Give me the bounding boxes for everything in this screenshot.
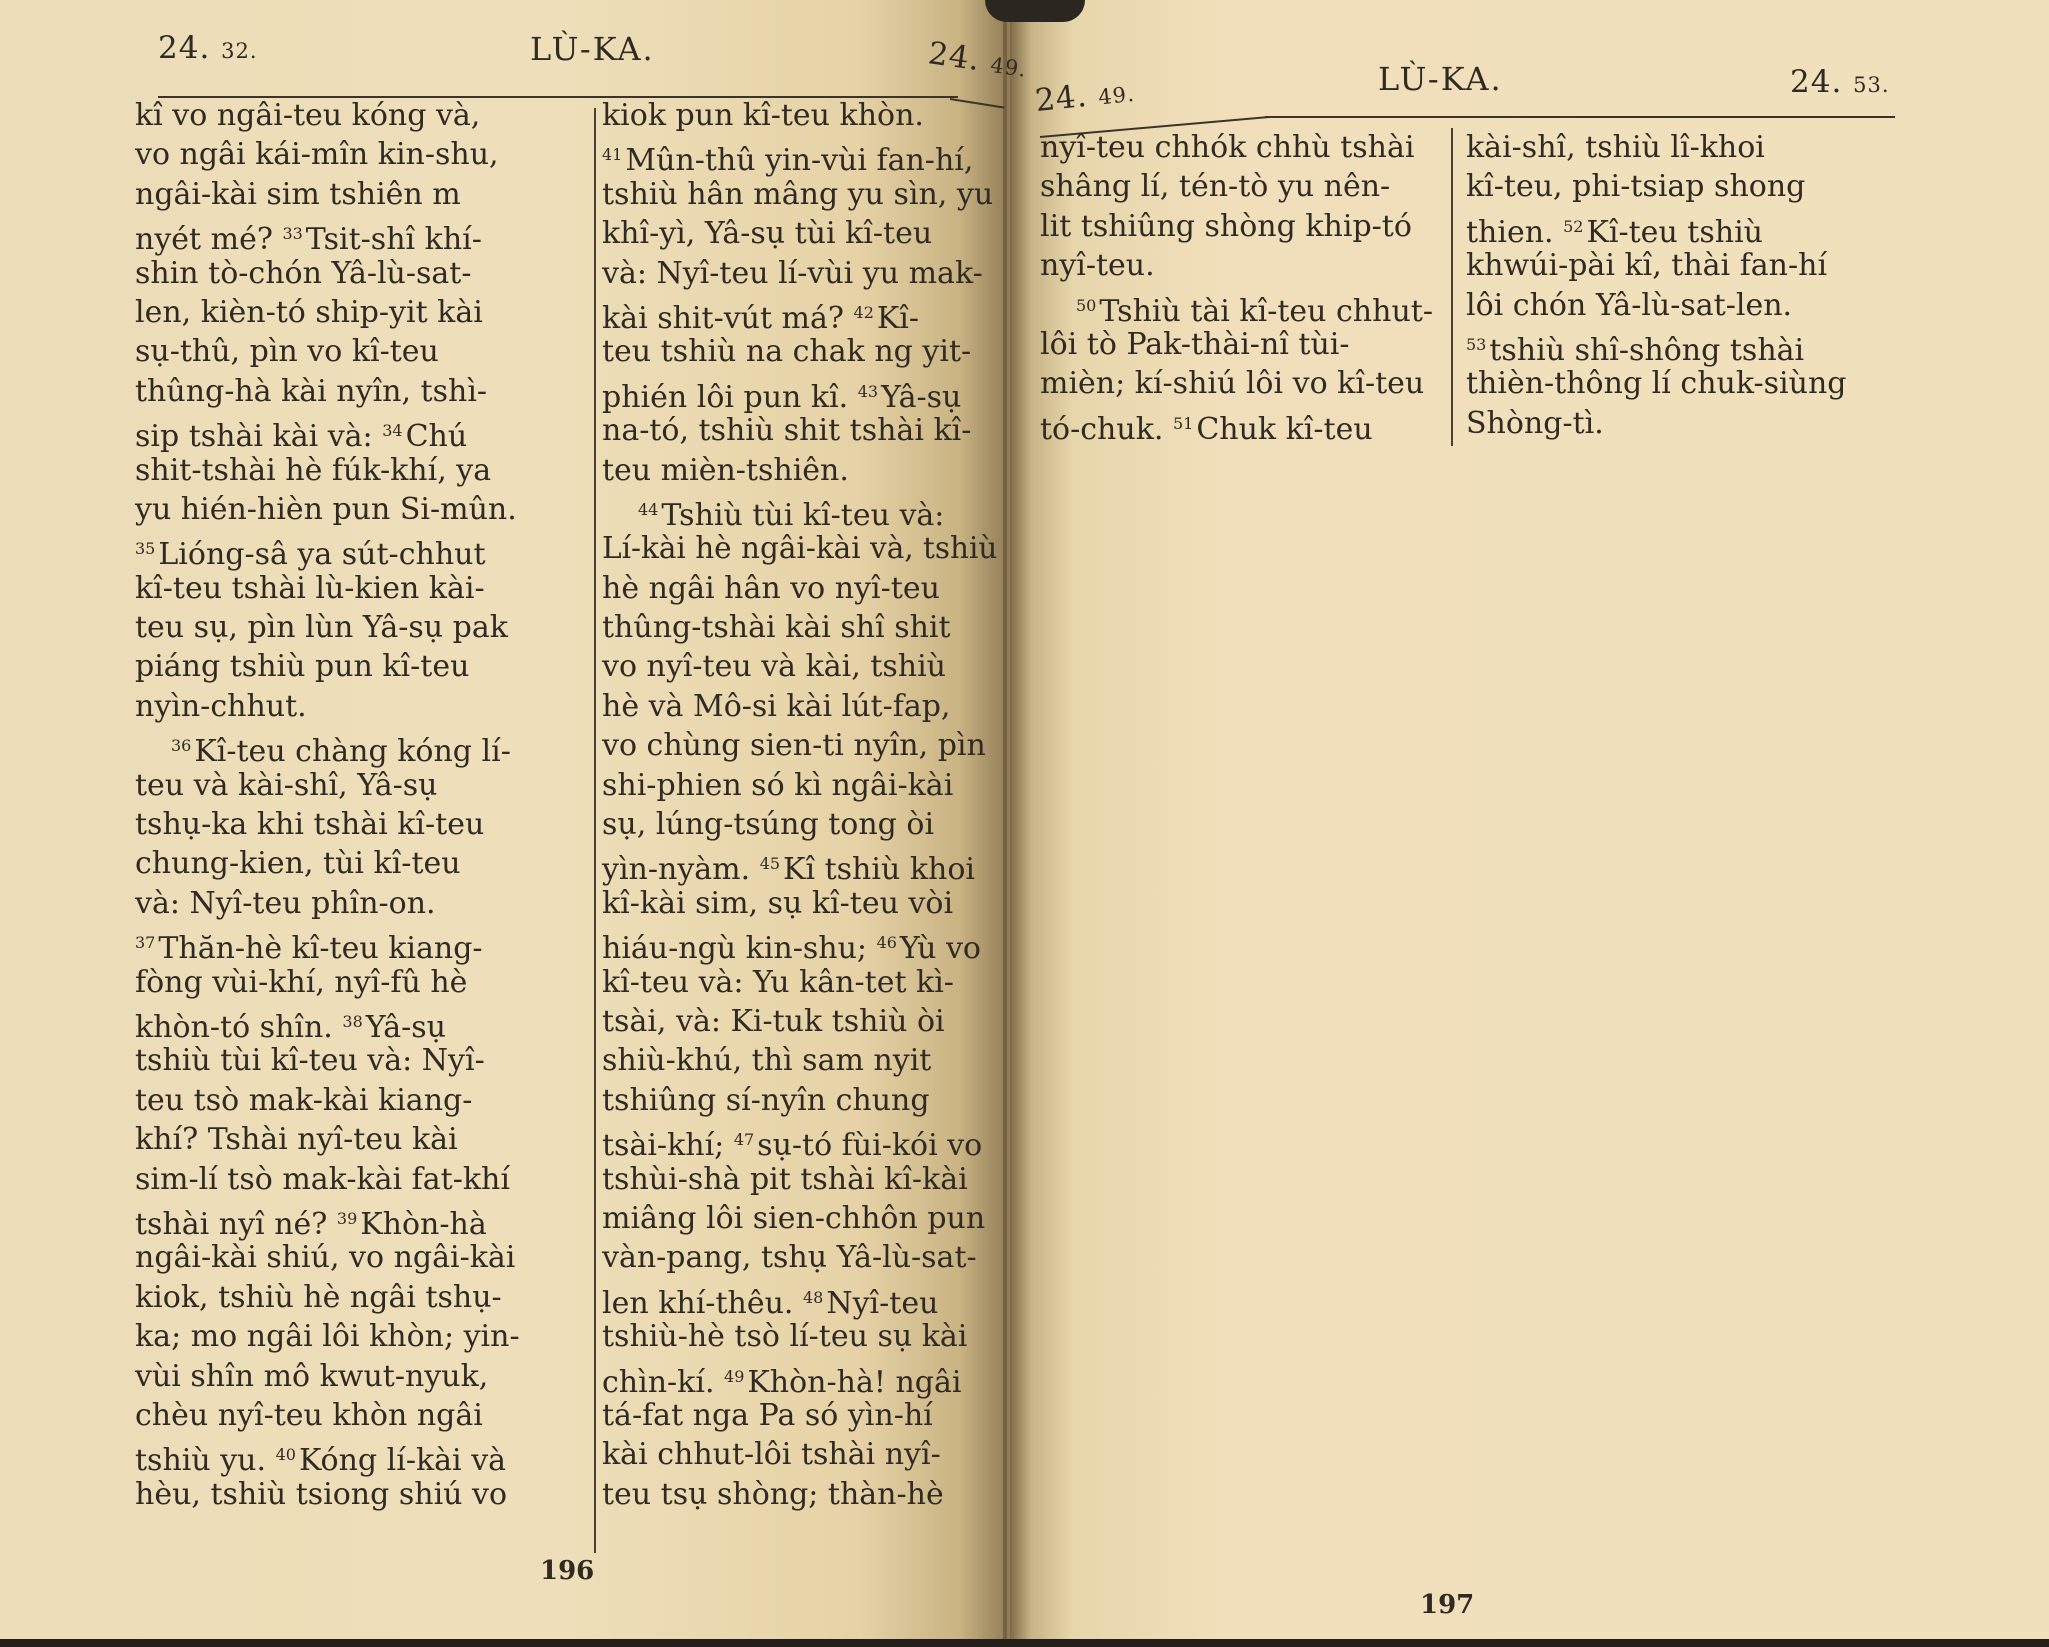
line-text: vo nyî-teu và kài, tshiù — [602, 649, 946, 684]
text-line: hiáu-ngù kin-shu; 46Yù vo — [602, 923, 997, 962]
text-line: kî-kài sim, sụ kî-teu vòi — [602, 884, 997, 923]
line-text: thien. — [1466, 215, 1563, 250]
text-line: yìn-nyàm. 45Kî tshiù khoi — [602, 844, 997, 883]
line-text: lôi tò Pak-thài-nî tùi- — [1040, 327, 1350, 362]
line-text: len, kièn-tó ship-yit kài — [135, 295, 483, 330]
line-text: tá-fat nga Pa só yìn-hí — [602, 1398, 933, 1433]
text-line: phién lôi pun kî. 43Yâ-sụ — [602, 372, 997, 411]
text-line: kiok pun kî-teu khòn. — [602, 96, 997, 135]
line-text: vùi shîn mô kwut-nyuk, — [135, 1359, 488, 1394]
text-line: teu tshiù na chak ng yit- — [602, 332, 997, 371]
text-line: kî-teu tshài lù-kien kài- — [135, 569, 567, 608]
text-line: sip tshài kài và: 34Chú — [135, 411, 567, 450]
line-text: chèu nyî-teu khòn ngâi — [135, 1398, 483, 1433]
verse-number: 49 — [724, 1367, 744, 1386]
verse-number: 53 — [1466, 335, 1486, 354]
line-text: hè và Mô-si kài lút-fap, — [602, 689, 950, 724]
line-text: Yù vo — [900, 931, 981, 966]
chapter-number: 24. — [1033, 78, 1089, 119]
text-line: sụ, lúng-tsúng tong òi — [602, 805, 997, 844]
line-text: tshiù shî-shông tshài — [1489, 333, 1804, 368]
text-line: miâng lôi sien-chhôn pun — [602, 1199, 997, 1238]
line-text: Lí-kài hè ngâi-kài và, tshiù — [602, 531, 997, 566]
verse-number: 45 — [760, 854, 780, 873]
text-line: thûng-tshài kài shî shit — [602, 608, 997, 647]
line-text: tshiù tùi kî-teu và: Nyî- — [135, 1043, 485, 1078]
right-page-column-1: nyî-teu chhók chhù tshàishâng lí, tén-tò… — [1040, 128, 1435, 443]
line-text: kî-kài sim, sụ kî-teu vòi — [602, 886, 953, 921]
text-line: tshiù-hè tsò lí-teu sụ kài — [602, 1317, 997, 1356]
line-text: thièn-thông lí chuk-siùng — [1466, 366, 1846, 401]
line-text: teu tsò mak-kài kiang- — [135, 1083, 472, 1118]
verse-number: 44 — [638, 500, 658, 519]
line-text: tshiûng sí-nyîn chung — [602, 1083, 930, 1118]
text-line: 53tshiù shî-shông tshài — [1466, 325, 1894, 364]
line-text: phién lôi pun kî. — [602, 380, 858, 415]
line-text: shi-phien só kì ngâi-kài — [602, 768, 953, 803]
chapter-number: 24. — [158, 30, 210, 66]
text-line: và: Nyî-teu lí-vùi yu mak- — [602, 254, 997, 293]
text-line: nyî-teu chhók chhù tshài — [1040, 128, 1435, 167]
line-text: Khòn-hà! ngâi — [747, 1365, 961, 1400]
line-text: sim-lí tsò mak-kài fat-khí — [135, 1162, 510, 1197]
text-line: thien. 52Kî-teu tshiù — [1466, 207, 1894, 246]
line-text: khí? Tshài nyî-teu kài — [135, 1122, 458, 1157]
line-text: shit-tshài hè fúk-khí, ya — [135, 453, 491, 488]
verse-number: 42 — [854, 303, 874, 322]
line-text: len khí-thêu. — [602, 1286, 803, 1321]
text-line: shit-tshài hè fúk-khí, ya — [135, 451, 567, 490]
text-line: ka; mo ngâi lôi khòn; yin- — [135, 1317, 567, 1356]
verse-number: 49. — [1097, 82, 1136, 110]
verse-number: 35 — [135, 539, 155, 558]
right-running-head-end: 24. 53. — [1790, 64, 1890, 100]
verse-number: 43 — [858, 382, 878, 401]
right-page-column-2: kài-shî, tshiù lî-khoikî-teu, phi-tsiap … — [1466, 128, 1894, 443]
line-text: teu tshiù na chak ng yit- — [602, 334, 971, 369]
text-line: 37Thăn-hè kî-teu kiang- — [135, 923, 567, 962]
verse-number: 49. — [989, 53, 1028, 82]
line-text: teu mièn-tshiên. — [602, 453, 849, 488]
line-text: miâng lôi sien-chhôn pun — [602, 1201, 985, 1236]
line-text: Chuk kî-teu — [1196, 412, 1372, 447]
text-line: vàn-pang, tshụ Yâ-lù-sat- — [602, 1238, 997, 1277]
text-line: lôi tò Pak-thài-nî tùi- — [1040, 325, 1435, 364]
line-text: sụ-tó fùi-kói vo — [757, 1128, 982, 1163]
line-text: kài chhut-lôi tshài nyî- — [602, 1437, 941, 1472]
line-text: vàn-pang, tshụ Yâ-lù-sat- — [602, 1240, 977, 1275]
text-line: khwúi-pài kî, thài fan-hí — [1466, 246, 1894, 285]
line-text: Kî- — [877, 301, 919, 336]
verse-number: 52 — [1563, 217, 1583, 236]
verse-number: 32. — [221, 39, 257, 63]
text-line: lôi chón Yâ-lù-sat-len. — [1466, 286, 1894, 325]
verse-number: 47 — [734, 1130, 754, 1149]
text-line: vo chùng sien-ti nyîn, pìn — [602, 726, 997, 765]
text-line: kài shit-vút má? 42Kî- — [602, 293, 997, 332]
verse-number: 51 — [1173, 414, 1193, 433]
text-line: chung-kien, tùi kî-teu — [135, 844, 567, 883]
left-running-head-start: 24. 32. — [158, 30, 258, 66]
text-line: mièn; kí-shiú lôi vo kî-teu — [1040, 364, 1435, 403]
line-text: kî vo ngâi-teu kóng và, — [135, 98, 480, 133]
text-line: tsài, và: Ki-tuk tshiù òi — [602, 1002, 997, 1041]
text-line: hè và Mô-si kài lút-fap, — [602, 687, 997, 726]
text-line: tshùi-shà pit tshài kî-kài — [602, 1160, 997, 1199]
text-line: tó-chuk. 51Chuk kî-teu — [1040, 404, 1435, 443]
text-line: hèu, tshiù tsiong shiú vo — [135, 1475, 567, 1514]
line-text: nyî-teu chhók chhù tshài — [1040, 130, 1414, 165]
page-number-left: 196 — [540, 1556, 594, 1586]
verse-number: 37 — [135, 933, 155, 952]
text-line: tsài-khí; 47sụ-tó fùi-kói vo — [602, 1120, 997, 1159]
text-line: khî-yì, Yâ-sụ tùi kî-teu — [602, 214, 997, 253]
line-text: Chú — [406, 419, 468, 454]
line-text: kî-teu tshài lù-kien kài- — [135, 571, 485, 606]
text-line: tshiù tùi kî-teu và: Nyî- — [135, 1041, 567, 1080]
line-text: sụ, lúng-tsúng tong òi — [602, 807, 934, 842]
line-text: tó-chuk. — [1040, 412, 1173, 447]
line-text: Tsit-shî khí- — [306, 222, 482, 257]
line-text: piáng tshiù pun kî-teu — [135, 649, 469, 684]
text-line: 35Lióng-sâ ya sút-chhut — [135, 529, 567, 568]
line-text: và: Nyî-teu phîn-on. — [135, 886, 436, 921]
text-line: ngâi-kài sim tshiên m — [135, 175, 567, 214]
line-text: shâng lí, tén-tò yu nên- — [1040, 169, 1390, 204]
column-divider — [594, 108, 596, 1553]
line-text: chìn-kí. — [602, 1365, 724, 1400]
text-line: shi-phien só kì ngâi-kài — [602, 766, 997, 805]
text-line: nyét mé? 33Tsit-shî khí- — [135, 214, 567, 253]
text-line: hè ngâi hân vo nyî-teu — [602, 569, 997, 608]
line-text: tshụ-ka khi tshài kî-teu — [135, 807, 484, 842]
line-text: thûng-tshài kài shî shit — [602, 610, 951, 645]
text-line: fòng vùi-khí, nyî-fû hè — [135, 963, 567, 1002]
text-line: lit tshiûng shòng khip-tó — [1040, 207, 1435, 246]
right-page-title: LÙ-KA. — [1378, 60, 1503, 98]
text-line: yu hién-hièn pun Si-mûn. — [135, 490, 567, 529]
page-bottom-edge — [0, 1639, 2049, 1647]
text-line: shin tò-chón Yâ-lù-sat- — [135, 254, 567, 293]
line-text: kiok, tshiù hè ngâi tshụ- — [135, 1280, 502, 1315]
text-line: teu tsụ shòng; thàn-hè — [602, 1475, 997, 1514]
text-line: kî-teu và: Yu kân-tet kì- — [602, 963, 997, 1002]
text-line: tshụ-ka khi tshài kî-teu — [135, 805, 567, 844]
line-text: khòn-tó shîn. — [135, 1010, 342, 1045]
text-line: shâng lí, tén-tò yu nên- — [1040, 167, 1435, 206]
line-text: khwúi-pài kî, thài fan-hí — [1466, 248, 1827, 283]
text-line: kî-teu, phi-tsiap shong — [1466, 167, 1894, 206]
text-line: tshài nyî né? 39Khòn-hà — [135, 1199, 567, 1238]
line-text: yìn-nyàm. — [602, 852, 760, 887]
line-text: tshùi-shà pit tshài kî-kài — [602, 1162, 968, 1197]
line-text: tshiù-hè tsò lí-teu sụ kài — [602, 1319, 967, 1354]
line-text: Kóng lí-kài và — [299, 1443, 506, 1478]
line-text: kài shit-vút má? — [602, 301, 854, 336]
text-line: Shòng-tì. — [1466, 404, 1894, 443]
text-line: 50Tshiù tài kî-teu chhut- — [1040, 286, 1435, 325]
text-line: chèu nyî-teu khòn ngâi — [135, 1396, 567, 1435]
line-text: tshài nyî né? — [135, 1207, 337, 1242]
line-text: Thăn-hè kî-teu kiang- — [158, 931, 482, 966]
verse-number: 40 — [276, 1445, 296, 1464]
text-line: tshiûng sí-nyîn chung — [602, 1081, 997, 1120]
line-text: Nyî-teu — [826, 1286, 938, 1321]
line-text: nyét mé? — [135, 222, 282, 257]
line-text: lôi chón Yâ-lù-sat-len. — [1466, 288, 1792, 323]
line-text: Khòn-hà — [360, 1207, 486, 1242]
verse-number: 48 — [803, 1288, 823, 1307]
line-text: Kî-teu chàng kóng lí- — [194, 734, 511, 769]
line-text: và: Nyî-teu lí-vùi yu mak- — [602, 256, 983, 291]
chapter-number: 24. — [1790, 64, 1842, 100]
line-text: Tshiù tùi kî-teu và: — [661, 498, 944, 533]
line-text: hèu, tshiù tsiong shiú vo — [135, 1477, 507, 1512]
text-line: kî vo ngâi-teu kóng và, — [135, 96, 567, 135]
verse-number: 46 — [877, 933, 897, 952]
line-text: teu sụ, pìn lùn Yâ-sụ pak — [135, 610, 508, 645]
line-text: mièn; kí-shiú lôi vo kî-teu — [1040, 366, 1424, 401]
line-text: thûng-hà kài nyîn, tshì- — [135, 374, 487, 409]
text-line: 36Kî-teu chàng kóng lí- — [135, 726, 567, 765]
column-divider — [1451, 128, 1453, 446]
text-line: tá-fat nga Pa só yìn-hí — [602, 1396, 997, 1435]
book-binding-top — [985, 0, 1085, 22]
text-line: vo ngâi kái-mîn kin-shu, — [135, 135, 567, 174]
left-page-title: LÙ-KA. — [530, 30, 655, 68]
text-line: và: Nyî-teu phîn-on. — [135, 884, 567, 923]
line-text: ngâi-kài shiú, vo ngâi-kài — [135, 1240, 515, 1275]
text-line: chìn-kí. 49Khòn-hà! ngâi — [602, 1357, 997, 1396]
line-text: Lióng-sâ ya sút-chhut — [158, 537, 485, 572]
line-text: chung-kien, tùi kî-teu — [135, 846, 461, 881]
right-header-rule — [1265, 116, 1895, 118]
text-line: 41Mûn-thû yin-vùi fan-hí, — [602, 135, 997, 174]
line-text: nyî-teu. — [1040, 248, 1155, 283]
left-page-column-2: kiok pun kî-teu khòn.41Mûn-thû yin-vùi f… — [602, 96, 997, 1514]
text-line: tshiù hân mâng yu sìn, yu — [602, 175, 997, 214]
line-text: tshiù yu. — [135, 1443, 276, 1478]
line-text: shiù-khú, thì sam nyit — [602, 1043, 931, 1078]
line-text: Kî tshiù khoi — [783, 852, 975, 887]
book-spine-gutter — [1003, 0, 1007, 1647]
line-text: khî-yì, Yâ-sụ tùi kî-teu — [602, 216, 932, 251]
line-text: vo chùng sien-ti nyîn, pìn — [602, 728, 986, 763]
text-line: teu tsò mak-kài kiang- — [135, 1081, 567, 1120]
text-line: khòn-tó shîn. 38Yâ-sụ — [135, 1002, 567, 1041]
text-line: tshiù yu. 40Kóng lí-kài và — [135, 1435, 567, 1474]
text-line: Lí-kài hè ngâi-kài và, tshiù — [602, 529, 990, 568]
verse-number: 33 — [282, 224, 302, 243]
text-line: piáng tshiù pun kî-teu — [135, 647, 567, 686]
line-text: kiok pun kî-teu khòn. — [602, 98, 924, 133]
line-text: hè ngâi hân vo nyî-teu — [602, 571, 940, 606]
text-line: teu mièn-tshiên. — [602, 451, 997, 490]
line-text: Tshiù tài kî-teu chhut- — [1099, 294, 1433, 329]
text-line: teu và kài-shî, Yâ-sụ — [135, 766, 567, 805]
line-text: tshiù hân mâng yu sìn, yu — [602, 177, 993, 212]
verse-number: 36 — [171, 736, 191, 755]
text-line: na-tó, tshiù shit tshài kî- — [602, 411, 997, 450]
text-line: thûng-hà kài nyîn, tshì- — [135, 372, 567, 411]
page-number-right: 197 — [1420, 1590, 1474, 1620]
line-text: sip tshài kài và: — [135, 419, 382, 454]
text-line: kài-shî, tshiù lî-khoi — [1466, 128, 1894, 167]
line-text: shin tò-chón Yâ-lù-sat- — [135, 256, 472, 291]
text-line: 44Tshiù tùi kî-teu và: — [602, 490, 997, 529]
verse-number: 34 — [382, 421, 402, 440]
line-text: Yâ-sụ — [881, 380, 961, 415]
text-line: vùi shîn mô kwut-nyuk, — [135, 1357, 567, 1396]
line-text: na-tó, tshiù shit tshài kî- — [602, 413, 971, 448]
text-line: ngâi-kài shiú, vo ngâi-kài — [135, 1238, 567, 1277]
left-page-column-1: kî vo ngâi-teu kóng và,vo ngâi kái-mîn k… — [135, 96, 567, 1514]
line-text: tsài-khí; — [602, 1128, 734, 1163]
verse-number: 39 — [337, 1209, 357, 1228]
chapter-number: 24. — [926, 35, 983, 78]
line-text: kài-shî, tshiù lî-khoi — [1466, 130, 1765, 165]
line-text: tsài, và: Ki-tuk tshiù òi — [602, 1004, 945, 1039]
line-text: lit tshiûng shòng khip-tó — [1040, 209, 1412, 244]
line-text: hiáu-ngù kin-shu; — [602, 931, 877, 966]
line-text: Yâ-sụ — [366, 1010, 446, 1045]
line-text: nyìn-chhut. — [135, 689, 307, 724]
text-line: kài chhut-lôi tshài nyî- — [602, 1435, 997, 1474]
line-text: ka; mo ngâi lôi khòn; yin- — [135, 1319, 520, 1354]
text-line: thièn-thông lí chuk-siùng — [1466, 364, 1894, 403]
text-line: len khí-thêu. 48Nyî-teu — [602, 1278, 997, 1317]
text-line: shiù-khú, thì sam nyit — [602, 1041, 997, 1080]
line-text: teu và kài-shî, Yâ-sụ — [135, 768, 437, 803]
line-text: teu tsụ shòng; thàn-hè — [602, 1477, 944, 1512]
line-text: sụ-thû, pìn vo kî-teu — [135, 334, 439, 369]
line-text: kî-teu và: Yu kân-tet kì- — [602, 965, 954, 1000]
line-text: vo ngâi kái-mîn kin-shu, — [135, 137, 499, 172]
text-line: nyî-teu. — [1040, 246, 1435, 285]
line-text: Mûn-thû yin-vùi fan-hí, — [625, 143, 973, 178]
line-text: Kî-teu tshiù — [1586, 215, 1763, 250]
text-line: vo nyî-teu và kài, tshiù — [602, 647, 997, 686]
text-line: sim-lí tsò mak-kài fat-khí — [135, 1160, 567, 1199]
text-line: nyìn-chhut. — [135, 687, 567, 726]
verse-number: 38 — [342, 1012, 362, 1031]
line-text: yu hién-hièn pun Si-mûn. — [135, 492, 517, 527]
line-text: ngâi-kài sim tshiên m — [135, 177, 461, 212]
text-line: kiok, tshiù hè ngâi tshụ- — [135, 1278, 567, 1317]
text-line: khí? Tshài nyî-teu kài — [135, 1120, 567, 1159]
line-text: kî-teu, phi-tsiap shong — [1466, 169, 1805, 204]
verse-number: 41 — [602, 145, 622, 164]
verse-number: 53. — [1853, 73, 1889, 97]
line-text: fòng vùi-khí, nyî-fû hè — [135, 965, 467, 1000]
text-line: teu sụ, pìn lùn Yâ-sụ pak — [135, 608, 567, 647]
verse-number: 50 — [1076, 296, 1096, 315]
text-line: sụ-thû, pìn vo kî-teu — [135, 332, 567, 371]
line-text: Shòng-tì. — [1466, 406, 1604, 441]
text-line: len, kièn-tó ship-yit kài — [135, 293, 567, 332]
